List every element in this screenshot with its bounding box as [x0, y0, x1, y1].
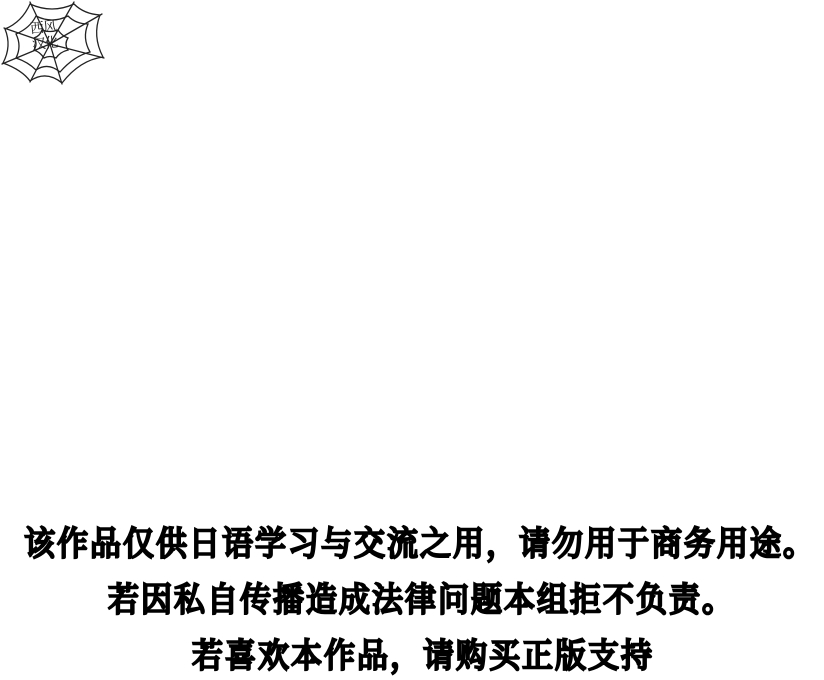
disclaimer-line-support: 若喜欢本作品，请购买正版支持: [192, 637, 654, 676]
disclaimer-line-usage: 该作品仅供日语学习与交流之用，请勿用于商务用途。: [24, 525, 816, 564]
group-logo: 西风 汉化: [0, 0, 106, 86]
disclaimer-line-liability: 若因私自传播造成法律问题本组拒不负责。: [108, 581, 735, 620]
logo-text: 西风 汉化: [12, 17, 75, 55]
